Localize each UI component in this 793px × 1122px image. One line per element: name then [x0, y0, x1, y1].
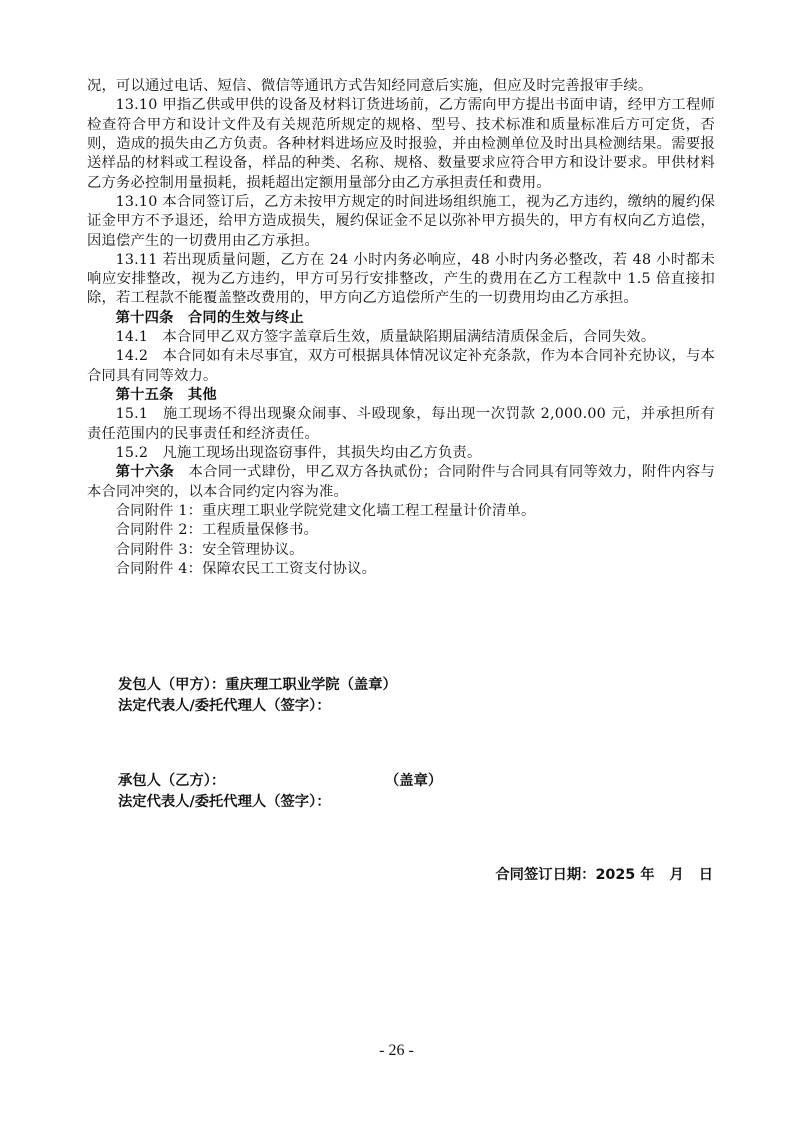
clause-13-11-quality: 13.11 若出现质量问题，乙方在 24 小时内务必响应，48 小时内务必整改，…	[87, 251, 715, 309]
page-number: - 26 -	[0, 1042, 793, 1060]
clause-text: 本合同甲乙双方签字盖章后生效，质量缺陷期届满结清质保金后，合同失效。	[163, 329, 656, 345]
clause-number: 15.2	[116, 445, 149, 461]
paragraph-continuation: 况，可以通过电话、短信、微信等通讯方式告知经同意后实施，但应及时完善报审手续。	[87, 77, 715, 96]
article-14-heading: 第十四条合同的生效与终止	[87, 309, 715, 328]
party-b-signature-label: 承包人（乙方）：	[118, 773, 225, 789]
party-b-seal-label: （盖章）	[385, 772, 442, 791]
clause-13-10-materials: 13.10 甲指乙供或甲供的设备及材料订货进场前，乙方需向甲方提出书面申请，经甲…	[87, 96, 715, 193]
article-15-heading: 第十五条其他	[87, 386, 715, 405]
clause-text: 施工现场不得出现聚众闹事、斗殴现象，每出现一次罚款 2,000.00 元，并承担…	[87, 406, 715, 441]
article-14-number: 第十四条	[116, 310, 174, 326]
attachment-2: 合同附件 2：工程质量保修书。	[87, 521, 715, 540]
clause-text: 本合同如有未尽事宜，双方可根据具体情况议定补充条款，作为本合同补充协议，与本合同…	[87, 348, 715, 383]
article-14-title: 合同的生效与终止	[188, 310, 304, 326]
article-16-text: 本合同一式肆份，甲乙双方各执贰份；合同附件与合同具有同等效力，附件内容与本合同冲…	[87, 464, 715, 499]
document-page: 况，可以通过电话、短信、微信等通讯方式告知经同意后实施，但应及时完善报审手续。 …	[0, 0, 793, 1122]
attachment-4: 合同附件 4：保障农民工工资支付协议。	[87, 560, 715, 579]
clause-text: 凡施工现场出现盗窃事件，其损失均由乙方负责。	[163, 445, 482, 461]
party-b-representative-label: 法定代表人/委托代理人（签字）：	[118, 793, 331, 812]
party-b-signature-line: 承包人（乙方）： （盖章）	[118, 772, 225, 791]
clause-number: 14.1	[116, 329, 149, 345]
article-16: 第十六条本合同一式肆份，甲乙双方各执贰份；合同附件与合同具有同等效力，附件内容与…	[87, 463, 715, 502]
clause-14-2: 14.2本合同如有未尽事宜，双方可根据具体情况议定补充条款，作为本合同补充协议，…	[87, 347, 715, 386]
clause-number: 14.2	[116, 348, 149, 364]
article-15-number: 第十五条	[116, 387, 174, 403]
party-a-signature-label: 发包人（甲方）：重庆理工职业学院（盖章）	[118, 676, 397, 695]
article-16-number: 第十六条	[116, 464, 175, 480]
clause-13-10-late-entry: 13.10 本合同签订后，乙方未按甲方规定的时间进场组织施工，视为乙方违约，缴纳…	[87, 193, 715, 251]
contract-body: 况，可以通过电话、短信、微信等通讯方式告知经同意后实施，但应及时完善报审手续。 …	[87, 77, 715, 579]
clause-15-1: 15.1施工现场不得出现聚众闹事、斗殴现象，每出现一次罚款 2,000.00 元…	[87, 405, 715, 444]
contract-sign-date: 合同签订日期：2025 年 月 日	[495, 866, 713, 885]
party-a-representative-label: 法定代表人/委托代理人（签字）：	[118, 697, 331, 716]
clause-15-2: 15.2凡施工现场出现盗窃事件，其损失均由乙方负责。	[87, 444, 715, 463]
attachment-1: 合同附件 1：重庆理工职业学院党建文化墙工程工程量计价清单。	[87, 502, 715, 521]
attachment-3: 合同附件 3：安全管理协议。	[87, 541, 715, 560]
article-15-title: 其他	[188, 387, 217, 403]
clause-14-1: 14.1本合同甲乙双方签字盖章后生效，质量缺陷期届满结清质保金后，合同失效。	[87, 328, 715, 347]
clause-number: 15.1	[116, 406, 149, 422]
